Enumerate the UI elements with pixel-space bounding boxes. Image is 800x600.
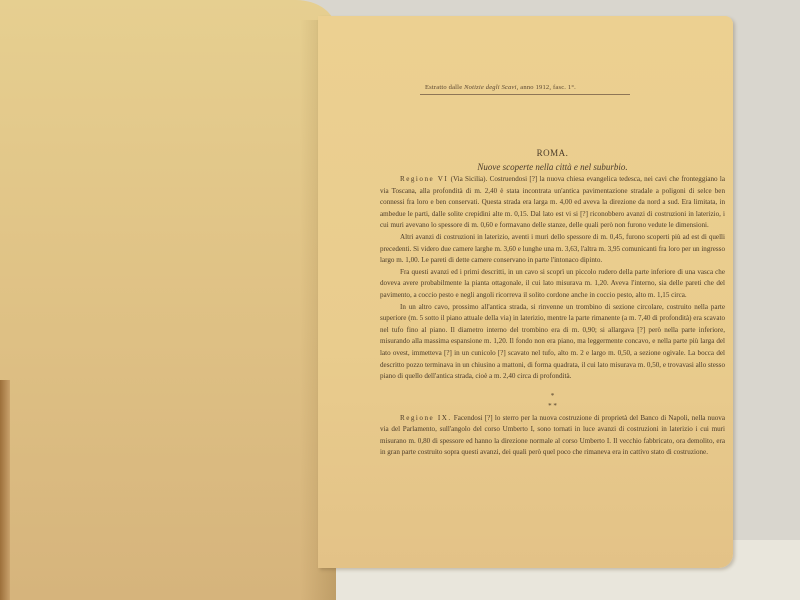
header-rule (420, 94, 630, 95)
section-separator: ** * (380, 391, 725, 411)
left-page (0, 0, 336, 600)
running-head-journal: Notizie degli Scavi (464, 84, 517, 91)
body-text: Regione VI (Via Sicilia). Costruendosi [… (380, 174, 725, 459)
paragraph: Altri avanzi di costruzioni in laterizio… (380, 232, 725, 267)
running-head-prefix: Estratto dalle (425, 84, 464, 91)
paragraph: In un altro cavo, prossimo all'antica st… (380, 302, 725, 383)
running-head: Estratto dalle Notizie degli Scavi, anno… (425, 84, 628, 91)
paragraph: Regione VI (Via Sicilia). Costruendosi [… (380, 174, 725, 232)
book-spine-edge (0, 380, 10, 600)
page-title: ROMA. (380, 148, 725, 158)
region-lead: Regione VI (400, 175, 448, 183)
paragraph: Regione IX. Facendosi [?] lo sterro per … (380, 413, 725, 459)
page-subtitle: Nuove scoperte nella città e nel suburbi… (380, 162, 725, 172)
paragraph: Fra questi avanzi ed i primi descritti, … (380, 267, 725, 302)
running-head-suffix: , anno 1912, fasc. 1°. (517, 84, 576, 91)
region-lead: Regione IX. (400, 414, 452, 422)
